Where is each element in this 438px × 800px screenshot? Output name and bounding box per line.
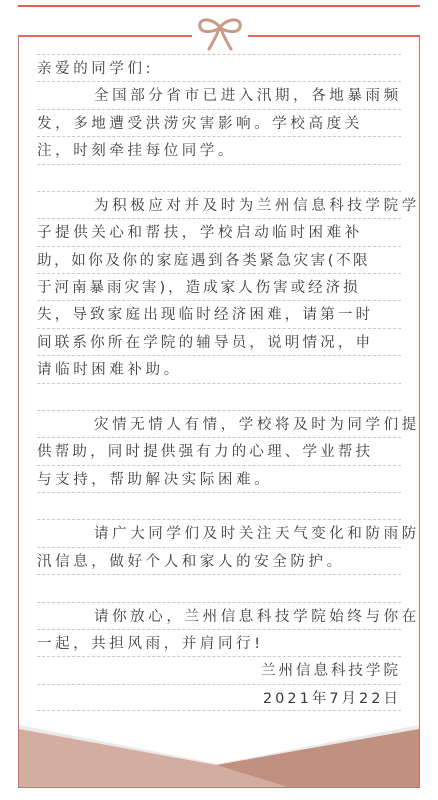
paragraph-1-line: 注，时刻牵挂每位同学。 xyxy=(37,136,401,163)
paragraph-3-line: 灾情无情人有情，学校将及时为同学们提 xyxy=(37,410,401,437)
signature: 兰州信息科技学院 xyxy=(37,656,401,683)
letter-body: 亲爱的同学们: 全国部分省市已进入汛期，各地暴雨频 发，多地遭受洪涝灾害影响。学… xyxy=(37,54,401,711)
paragraph-2-line: 助，如你及你的家庭遇到各类紧急灾害(不限 xyxy=(37,246,401,273)
paragraph-2-line: 请临时困难补助。 xyxy=(37,355,401,382)
paragraph-2-line: 失，导致家庭出现临时经济困难，请第一时 xyxy=(37,300,401,327)
top-divider-line xyxy=(18,5,420,7)
bow-ribbon-icon xyxy=(195,15,245,51)
paragraph-2-line: 子提供关心和帮扶，学校启动临时困难补 xyxy=(37,218,401,245)
paragraph-2-line: 为积极应对并及时为兰州信息科技学院学 xyxy=(37,191,401,218)
paragraph-4-line: 汛信息，做好个人和家人的安全防护。 xyxy=(37,547,401,574)
paragraph-2-line: 间联系你所在学院的辅导员，说明情况，申 xyxy=(37,328,401,355)
blank-line xyxy=(37,574,401,601)
frame-top-right-edge xyxy=(248,35,420,37)
paragraph-1-line: 发，多地遭受洪涝灾害影响。学校高度关 xyxy=(37,109,401,136)
frame-top-left-edge xyxy=(18,35,192,37)
envelope-flap xyxy=(19,725,419,787)
paragraph-3-line: 与支持，帮助解决实际困难。 xyxy=(37,465,401,492)
greeting: 亲爱的同学们: xyxy=(37,54,401,81)
paragraph-1-line: 全国部分省市已进入汛期，各地暴雨频 xyxy=(37,81,401,108)
paragraph-5-line: 请你放心，兰州信息科技学院始终与你在 xyxy=(37,602,401,629)
letter-date: 2021年7月22日 xyxy=(37,684,401,711)
blank-line xyxy=(37,492,401,519)
paragraph-5-line: 一起，共担风雨，并肩同行! xyxy=(37,629,401,656)
blank-line xyxy=(37,164,401,191)
paragraph-3-line: 供帮助，同时提供强有力的心理、学业帮扶 xyxy=(37,437,401,464)
paragraph-2-line: 于河南暴雨灾害)，造成家人伤害或经济损 xyxy=(37,273,401,300)
blank-line xyxy=(37,383,401,410)
paragraph-4-line: 请广大同学们及时关注天气变化和防雨防 xyxy=(37,519,401,546)
